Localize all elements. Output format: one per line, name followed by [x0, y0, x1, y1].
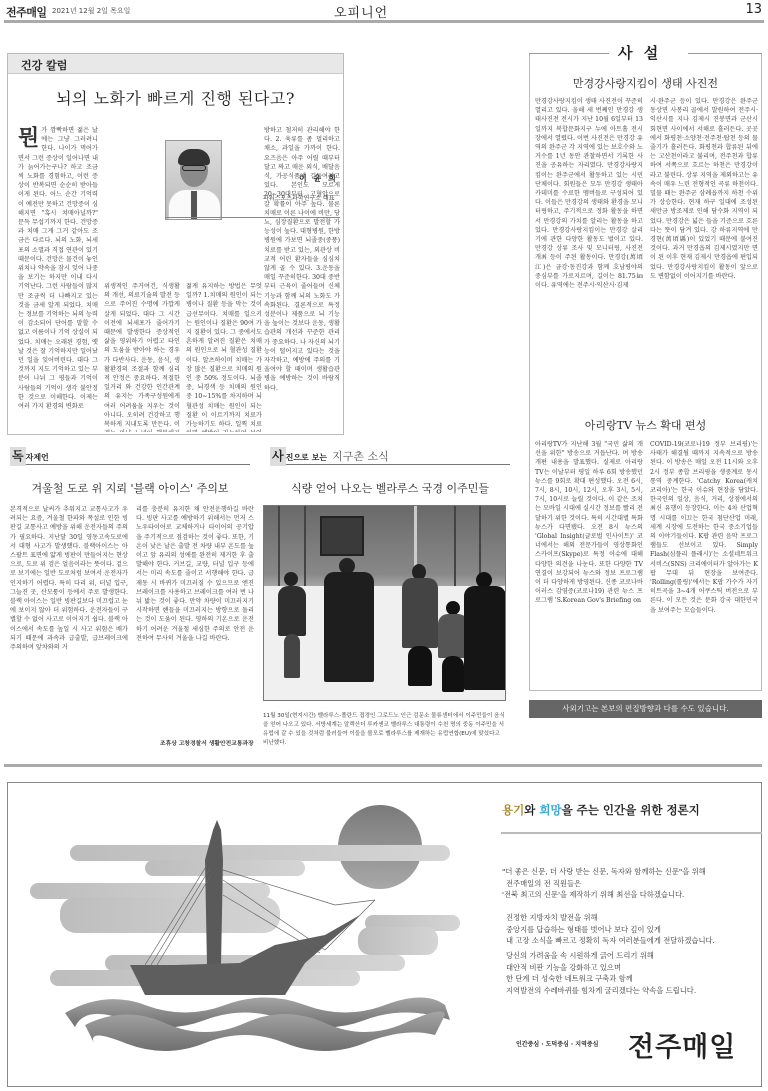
article-column-2: 위생적인 주거여건, 식생활의 개선, 의료기술의 발전 등으로 주어진 수명에…	[104, 282, 180, 432]
editorial-column-2: 시·완주군 등이 있다. 만경강은 완주군 동상면 사봉리 골에서 발원하여 전…	[650, 97, 758, 395]
author-rule	[165, 217, 340, 218]
article-column-3: 젊게 유지하는 방법은 무엇일까? 1.치매의 원인이 되는 병이나 질환 등을…	[186, 282, 262, 432]
author-photo	[165, 140, 222, 220]
editorial-2-column-2: COVID-19(코로나19 정부 브리핑)'는 사태가 해결될 때까지 지속적…	[650, 440, 758, 686]
paper-name: 전주매일	[6, 4, 47, 20]
ad-slogan: 용기와 희망을 주는 인간을 위한 정론지	[502, 802, 700, 818]
reader-label-rest: 자제언	[26, 453, 49, 462]
page-number: 13	[745, 2, 762, 17]
editorial-headline-2: 아리랑TV 뉴스 확대 편성	[529, 417, 762, 433]
reader-label-first: 독	[10, 447, 26, 466]
photo-label-rest: 지구촌 소식	[332, 450, 389, 463]
photo-caption: 11월 30일(현지시간) 벨라루스-폴란드 접경인 그로드노 인근 검문소 물…	[263, 712, 506, 748]
news-photo	[263, 505, 506, 701]
paper-logo: 전주매일	[628, 1025, 736, 1064]
editorial-rule-left	[529, 53, 609, 54]
masthead: 전주매일 2021년 12월 2일 목요일 오피니언 13	[0, 0, 768, 22]
ad-motto: 인간중심 · 도덕중심 · 지역중심	[516, 1039, 598, 1048]
ad-paragraph-1: "더 좋은 신문, 더 사랑 받는 신문, 독자와 함께하는 신문"을 위해 전…	[502, 866, 706, 901]
reader-column-2: 리를 충분히 유지한 채 안전운행하길 바란다. 빙판 사고를 예방하기 위해서…	[136, 505, 254, 725]
reader-column-1: 본격적으로 날씨가 추워지고 교통사고가 우려되는 요즘, 겨울철 한파와 폭설…	[10, 505, 128, 745]
reader-section-header: 독자제언	[10, 445, 250, 465]
column-label-bar: 건강 칼럼	[8, 54, 343, 74]
reader-author-credit: 조휴상 고창경찰서 생활안전교통과장	[160, 738, 254, 747]
ad-rule	[501, 832, 762, 834]
photo-label-mid: 진으로 보는	[286, 453, 327, 462]
reader-headline: 겨울철 도로 위 지뢰 '블랙 아이스' 주의보	[0, 480, 260, 496]
health-column: 건강 칼럼 뇌의 노화가 빠르게 진행 된다고? 뭔가 깜빡하면 젊은 날에는 …	[7, 53, 344, 435]
masthead-rule	[4, 20, 764, 23]
ad-paragraph-2: 진정한 지방자치 발전을 위해 중앙지를 답습하는 형태를 벗어나 보다 깊이 …	[506, 912, 715, 947]
ship-illustration	[25, 805, 465, 1055]
section-divider	[4, 764, 762, 767]
editorial-column-1: 만경강사랑지킴이 생태 사진전이 꾸준히 열리고 있다. 올해 세 번째인 만경…	[535, 97, 643, 395]
editorial-rule-right	[688, 53, 762, 54]
editorial-2-column-1: 아리랑TV가 지난해 3월 "국민 삶의 개선을 위한" 방송으로 거듭난다. …	[535, 440, 643, 686]
author-name: 이 윤 희	[299, 173, 338, 184]
photo-section-header: 사진으로 보는 지구촌 소식	[270, 445, 510, 465]
section-title: 오피니언	[334, 2, 388, 21]
author-affiliation: 파워스포츠과학연구소 대표	[263, 193, 334, 202]
ad-paragraph-3: 당신의 가려움을 속 시원하게 긁어 드리기 위해 대안적 비판 기능을 강화하…	[506, 950, 696, 996]
photo-headline: 식량 얻어 나오는 벨라루스 국경 이주민들	[260, 480, 520, 496]
dropcap: 뭔	[18, 127, 39, 149]
article-column-4: 방하고 철저히 관리해야 한다. 2. 육류를 좀 멀리하고 채소, 과일을 가…	[264, 126, 340, 431]
editorial-headline: 만경강사랑지킴이 생태 사진전	[529, 75, 762, 91]
article-column-1: 뭔가 깜빡하면 젊은 날에는 그냥 그러려니 한다. 나이가 먹어가면서 그런 …	[18, 126, 98, 431]
disclaimer-banner: 사외기고는 본보의 편집방향과 다를 수도 있습니다.	[529, 700, 762, 718]
issue-date: 2021년 12월 2일 목요일	[52, 6, 130, 16]
photo-label-first: 사	[270, 447, 286, 466]
editorial-label: 사 설	[618, 42, 661, 63]
article-headline: 뇌의 노화가 빠르게 진행 된다고?	[8, 86, 343, 109]
column-label: 건강 칼럼	[21, 57, 67, 73]
